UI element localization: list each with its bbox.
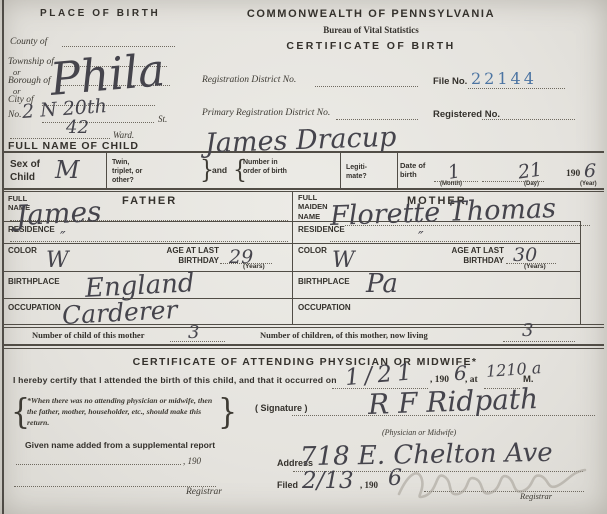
section-rule [3, 344, 604, 346]
father-name-handwritten: James [15, 195, 102, 232]
city-handwritten-value: Phila [48, 43, 167, 106]
dotted-line [42, 121, 154, 123]
mother-color-handwritten: W [332, 248, 355, 273]
father-occupation-handwritten: Carderer [61, 295, 178, 330]
children-living-handwritten: 3 [522, 320, 533, 341]
ward-label: Ward. [113, 130, 134, 140]
date-of-birth-label: Date of birth [400, 161, 432, 180]
filed-year-prefix: , 190 [360, 480, 378, 490]
column-divider [397, 153, 398, 188]
physician-or-midwife-caption: (Physician or Midwife) [382, 428, 456, 437]
children-living-label: Number of children, of this mother, now … [260, 330, 428, 340]
child-name-handwritten: James Dracup [205, 122, 397, 160]
commonwealth-title: COMMONWEALTH OF PENNSYLVANIA [246, 8, 496, 20]
mother-birthplace-handwritten: Pa [366, 269, 398, 299]
father-residence-ditto: ″ [60, 228, 66, 246]
father-column-title: FATHER [122, 195, 177, 207]
order-of-birth-label: Number in order of birth [243, 159, 288, 177]
sex-handwritten-value: M [55, 156, 80, 184]
birth-certificate-document: PLACE OF BIRTH COMMONWEALTH OF PENNSYLVA… [0, 0, 607, 514]
filed-label: Filed [277, 480, 298, 490]
mother-birthplace-label: BIRTHPLACE [298, 277, 350, 286]
registrar-left-caption: Registrar [186, 487, 222, 497]
house-no-label: No. [8, 110, 21, 120]
physician-signature-handwritten: R F Ridpath [367, 382, 538, 421]
father-color-label: COLOR [8, 246, 37, 255]
father-birthplace-label: BIRTHPLACE [8, 277, 60, 286]
section-rule [3, 348, 604, 349]
dotted-line [10, 240, 288, 242]
file-no-label: File No. [433, 76, 467, 87]
and-label: and [212, 165, 227, 175]
birth-day-handwritten: 21 [517, 158, 544, 183]
street-suffix-label: St. [158, 114, 167, 124]
father-color-handwritten: W [46, 248, 69, 273]
dotted-line [14, 485, 216, 487]
dotted-line [468, 87, 565, 89]
mother-color-label: COLOR [298, 246, 327, 255]
township-label: Township of [8, 57, 54, 67]
dotted-line [503, 340, 575, 342]
mother-age-label: AGE AT LAST BIRTHDAY [438, 246, 504, 266]
occurred-year-prefix: , 190 [430, 375, 449, 385]
birth-year-handwritten: 6 [584, 160, 596, 182]
row-rule [3, 243, 581, 244]
legitimate-label: Legiti- mate? [346, 164, 378, 182]
ward-handwritten-value: 42 [66, 117, 89, 138]
certificate-title: CERTIFICATE OF BIRTH [246, 40, 496, 52]
signature-label: ( Signature ) [255, 403, 308, 413]
file-no-stamp: 22144 [471, 69, 537, 88]
section-rule [3, 188, 604, 190]
filed-date-handwritten: 2/13 [302, 468, 354, 494]
column-divider [340, 153, 341, 188]
mother-name-handwritten: Florette Thomas [330, 193, 557, 232]
mother-residence-ditto: ″ [418, 228, 424, 246]
footnote-brace-close: } [218, 392, 237, 432]
dotted-line [16, 463, 181, 465]
occurred-year-handwritten: 6 [454, 361, 467, 385]
right-column-rule [580, 221, 581, 324]
sex-of-child-label: Sex of Child [10, 159, 52, 184]
dotted-line [10, 137, 110, 139]
street-handwritten-value: 2 N 20th [21, 95, 107, 123]
county-label: County of [10, 37, 47, 47]
dotted-line [315, 85, 418, 87]
header-center: COMMONWEALTH OF PENNSYLVANIA Bureau of V… [246, 8, 496, 52]
birth-month-handwritten: 1 [446, 160, 462, 184]
section-rule [3, 191, 604, 192]
mother-occupation-label: OCCUPATION [298, 303, 351, 312]
child-number-label: Number of child of this mother [32, 330, 144, 340]
certify-statement: I hereby certify that I attended the bir… [13, 375, 337, 385]
dotted-line [336, 118, 418, 120]
borough-label: Borough of [8, 76, 51, 86]
father-mother-divider [292, 192, 293, 324]
twin-triplet-label: Twin, triplet, or other? [112, 159, 150, 185]
supplemental-report-label: Given name added from a supplemental rep… [25, 440, 215, 450]
row-rule [3, 271, 581, 272]
mother-age-handwritten: 30 [513, 244, 537, 266]
registration-district-label: Registration District No. [202, 75, 296, 85]
father-age-handwritten: 29 [229, 246, 253, 268]
birth-year-prefix: 190 [566, 169, 580, 179]
primary-district-label: Primary Registration District No. [202, 108, 330, 118]
time-handwritten: 1210 a [485, 358, 542, 381]
left-edge-rule [2, 0, 4, 514]
dotted-line [330, 240, 575, 242]
place-of-birth-title: PLACE OF BIRTH [40, 8, 160, 19]
column-divider [106, 153, 107, 188]
bureau-subtitle: Bureau of Vital Statistics [246, 25, 496, 35]
physician-footnote: *When there was no attending physician o… [27, 396, 217, 429]
filed-year-handwritten: 6 [388, 466, 402, 491]
father-occupation-label: OCCUPATION [8, 303, 61, 312]
supplemental-year-prefix: , 190 [183, 456, 201, 466]
child-number-handwritten: 3 [188, 322, 199, 343]
dotted-line [482, 118, 575, 120]
father-age-label: AGE AT LAST BIRTHDAY [153, 246, 219, 266]
